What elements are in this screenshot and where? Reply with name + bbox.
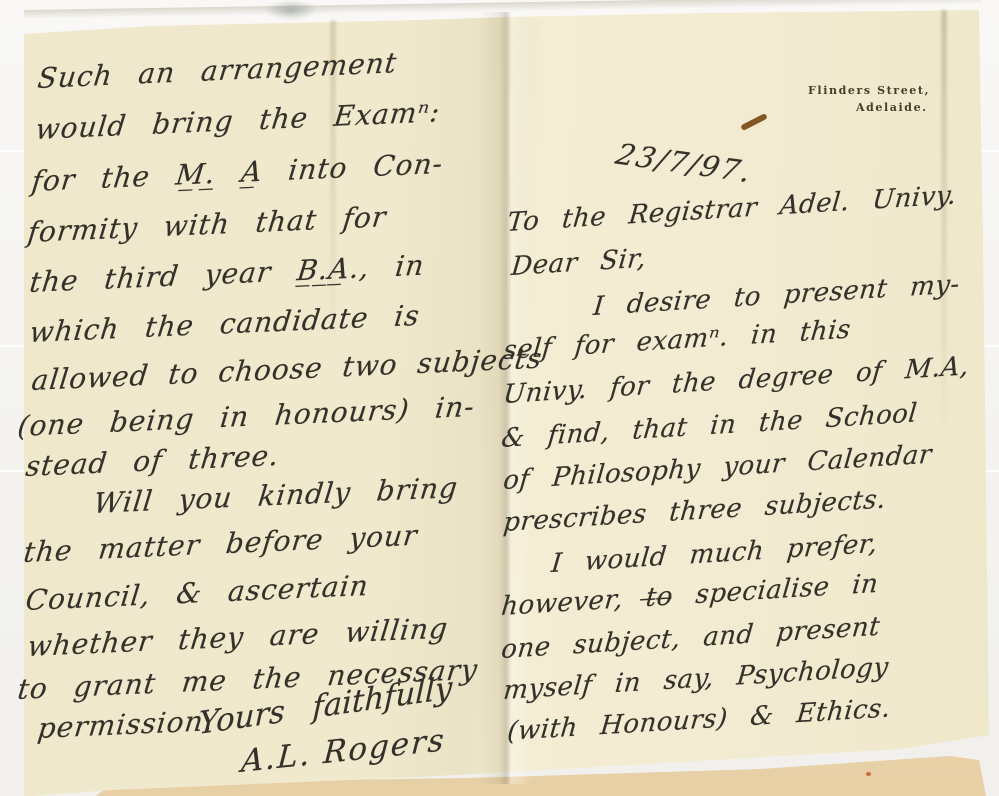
- ink-smudge: [264, 0, 318, 20]
- paper-speck: [866, 772, 871, 776]
- letterhead-city: Adelaide.: [856, 101, 928, 114]
- letter-scan: Such an arrangement would bring the Exam…: [0, 0, 999, 796]
- letterhead-street: Flinders Street,: [808, 84, 930, 97]
